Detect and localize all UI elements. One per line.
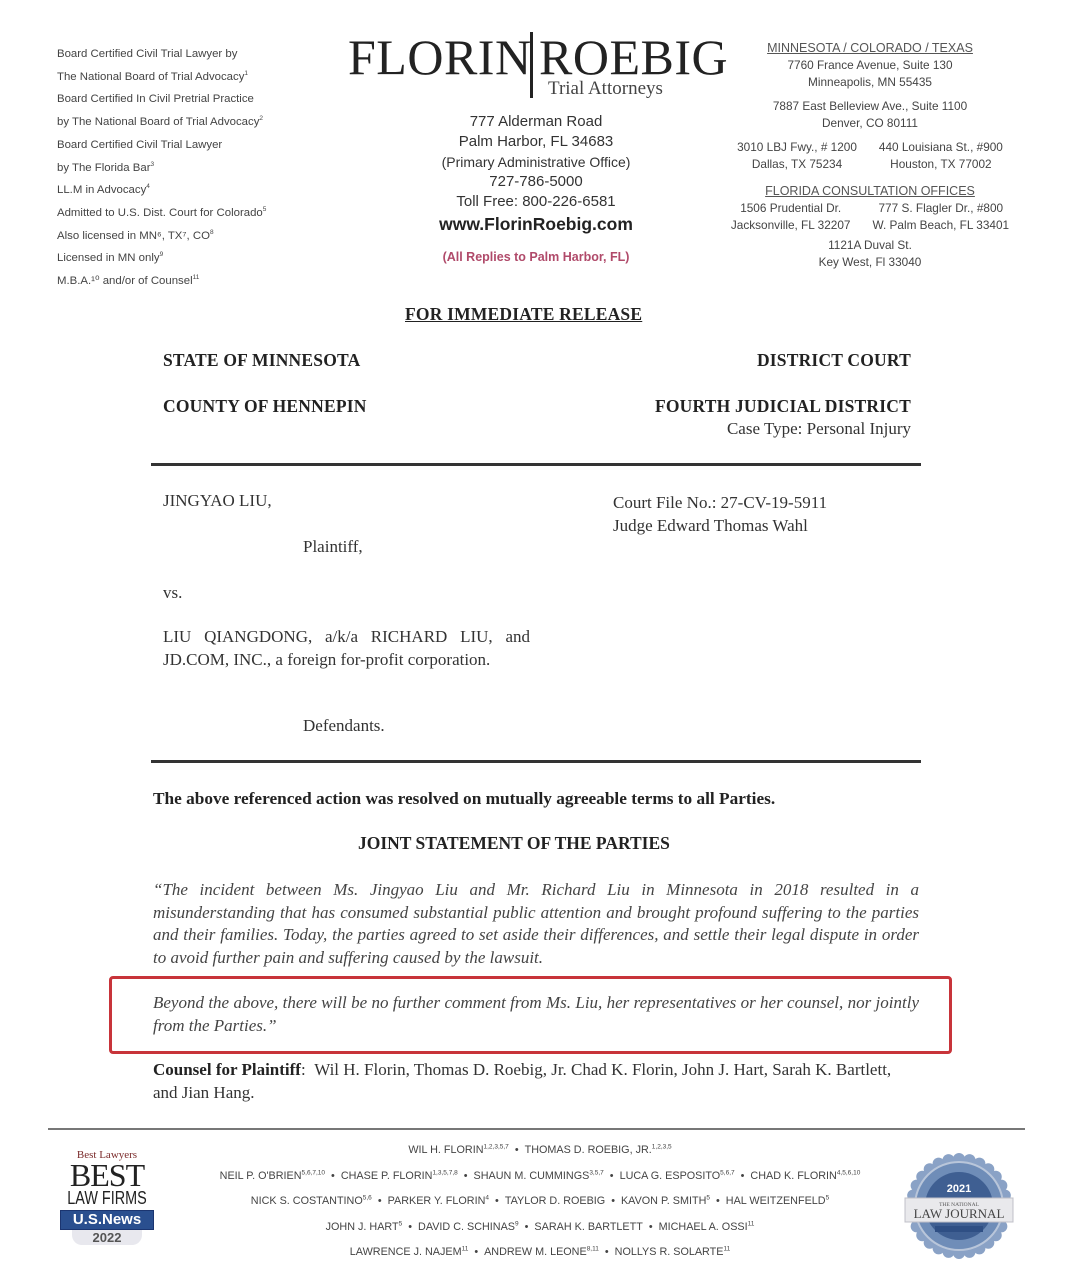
firm-website-link[interactable]: www.FlorinRoebig.com [405, 212, 667, 236]
separator-dot: • [525, 1221, 529, 1233]
separator-dot: • [464, 1170, 468, 1182]
attorney-name: ANDREW M. LEONE8,11 [484, 1246, 599, 1258]
attorney-name: NEIL P. O'BRIEN5,6,7,10 [220, 1170, 325, 1182]
logo-tagline: Trial Attorneys [548, 78, 663, 100]
credential-line: Board Certified In Civil Pretrial Practi… [57, 88, 347, 111]
houston-office: 440 Louisiana St., #900 Houston, TX 7700… [879, 139, 1003, 173]
judge-name: Judge Edward Thomas Wahl [613, 514, 827, 537]
separator-dot: • [378, 1195, 382, 1207]
main-office-phone: 727-786-5000 [405, 172, 667, 192]
attorney-name: PARKER Y. FLORIN4 [388, 1195, 489, 1207]
attorney-row: JOHN J. HART5•DAVID C. SCHINAS9•SARAH K.… [160, 1215, 920, 1241]
attorney-name: THOMAS D. ROEBIG, JR.1,2,3,5 [525, 1144, 672, 1156]
case-type: Case Type: Personal Injury [727, 419, 911, 439]
defendant-names: LIU QIANGDONG, a/k/a RICHARD LIU, and JD… [163, 625, 530, 671]
jacksonville-office: 1506 Prudential Dr. Jacksonville, FL 322… [731, 200, 851, 234]
logo-divider [530, 32, 533, 98]
attorney-name: CHAD K. FLORIN4,5,6,10 [750, 1170, 860, 1182]
badge-year: 2022 [72, 1230, 142, 1245]
attorney-name: HAL WEITZENFELD5 [726, 1195, 829, 1207]
release-heading: FOR IMMEDIATE RELEASE [405, 304, 642, 325]
separator-dot: • [649, 1221, 653, 1233]
attorney-row: WIL H. FLORIN1,2,3,5,7•THOMAS D. ROEBIG,… [160, 1138, 920, 1164]
caption-state: STATE OF MINNESOTA [163, 350, 360, 371]
separator-dot: • [474, 1246, 478, 1258]
florida-offices-heading: FLORIDA CONSULTATION OFFICES [700, 183, 1040, 200]
credential-line: by The Florida Bar3 [57, 157, 347, 180]
plaintiff-label: Plaintiff, [303, 537, 363, 557]
minneapolis-street: 7760 France Avenue, Suite 130 [700, 57, 1040, 74]
west-palm-street: 777 S. Flagler Dr., #800 [872, 200, 1009, 217]
badge-best: BEST [56, 1161, 158, 1189]
logo-florin: FLORIN [348, 28, 532, 86]
main-office-street: 777 Alderman Road [405, 112, 667, 132]
separator-dot: • [610, 1170, 614, 1182]
defendants-label: Defendants. [303, 716, 385, 736]
credential-line: Also licensed in MN⁶, TX⁷, CO8 [57, 225, 347, 248]
attorney-name: DAVID C. SCHINAS9 [418, 1221, 519, 1233]
attorney-name: KAVON P. SMITH5 [621, 1195, 710, 1207]
best-law-firms-badge: Best Lawyers BEST LAW FIRMS U.S.News 202… [56, 1149, 158, 1257]
separator-dot: • [515, 1144, 519, 1156]
west-palm-office: 777 S. Flagler Dr., #800 W. Palm Beach, … [872, 200, 1009, 234]
main-office-city: Palm Harbor, FL 34683 [405, 132, 667, 152]
credential-line: Board Certified Civil Trial Lawyer [57, 134, 347, 157]
attorney-name: JOHN J. HART5 [326, 1221, 403, 1233]
counsel-colon: : [301, 1060, 314, 1079]
plaintiff-name: JINGYAO LIU, [163, 491, 272, 511]
credential-line: M.B.A.¹⁰ and/or of Counsel11 [57, 270, 347, 293]
caption-divider-top [151, 463, 921, 466]
caption-divider-bottom [151, 760, 921, 763]
joint-statement-title: JOINT STATEMENT OF THE PARTIES [358, 833, 670, 854]
separator-dot: • [408, 1221, 412, 1233]
dallas-office: 3010 LBJ Fwy., # 1200 Dallas, TX 75234 [737, 139, 857, 173]
main-office-note: (Primary Administrative Office) [405, 152, 667, 172]
attorney-row: NEIL P. O'BRIEN5,6,7,10•CHASE P. FLORIN1… [160, 1164, 920, 1190]
credentials-list: Board Certified Civil Trial Lawyer byThe… [57, 43, 347, 293]
law-journal-seal: 2021 THE NATIONAL LAW JOURNAL [903, 1150, 1015, 1262]
counsel-for-plaintiff: Counsel for Plaintiff: Wil H. Florin, Th… [153, 1058, 919, 1104]
main-office-address: 777 Alderman Road Palm Harbor, FL 34683 … [405, 112, 667, 264]
key-west-street: 1121A Duval St. [700, 237, 1040, 254]
versus-label: vs. [163, 583, 182, 603]
attorney-name: SHAUN M. CUMMINGS3,5,7 [474, 1170, 604, 1182]
jacksonville-street: 1506 Prudential Dr. [731, 200, 851, 217]
attorney-name: LAWRENCE J. NAJEM11 [350, 1246, 469, 1258]
court-file-info: Court File No.: 27-CV-19-5911 Judge Edwa… [613, 491, 827, 537]
minneapolis-city: Minneapolis, MN 55435 [700, 74, 1040, 91]
attorney-name: LUCA G. ESPOSITO5,6,7 [620, 1170, 735, 1182]
separator-dot: • [716, 1195, 720, 1207]
credential-line: Board Certified Civil Trial Lawyer by [57, 43, 347, 66]
caption-district: FOURTH JUDICIAL DISTRICT [655, 396, 911, 417]
attorney-name: CHASE P. FLORIN1,3,5,7,8 [341, 1170, 458, 1182]
seal-icon: 2021 THE NATIONAL LAW JOURNAL [903, 1150, 1015, 1262]
attorney-name: NICK S. COSTANTINO5,6 [251, 1195, 372, 1207]
replies-note: (All Replies to Palm Harbor, FL) [405, 250, 667, 264]
houston-city: Houston, TX 77002 [879, 156, 1003, 173]
svg-text:2021: 2021 [947, 1183, 971, 1195]
dallas-street: 3010 LBJ Fwy., # 1200 [737, 139, 857, 156]
regional-offices: MINNESOTA / COLORADO / TEXAS 7760 France… [700, 40, 1040, 271]
attorney-row: NICK S. COSTANTINO5,6•PARKER Y. FLORIN4•… [160, 1189, 920, 1215]
west-palm-city: W. Palm Beach, FL 33401 [872, 217, 1009, 234]
badge-usnews: U.S.News [60, 1210, 154, 1230]
credential-line: by The National Board of Trial Advocacy2 [57, 111, 347, 134]
credential-line: The National Board of Trial Advocacy1 [57, 66, 347, 89]
attorney-row: LAWRENCE J. NAJEM11•ANDREW M. LEONE8,11•… [160, 1240, 920, 1266]
attorney-name: SARAH K. BARTLETT [534, 1221, 642, 1233]
denver-street: 7887 East Belleview Ave., Suite 1100 [700, 98, 1040, 115]
jacksonville-city: Jacksonville, FL 32207 [731, 217, 851, 234]
caption-court: DISTRICT COURT [757, 350, 911, 371]
counsel-label: Counsel for Plaintiff [153, 1060, 301, 1079]
separator-dot: • [611, 1195, 615, 1207]
caption-county: COUNTY OF HENNEPIN [163, 396, 367, 417]
firm-logo: FLORIN ROEBIG Trial Attorneys [348, 28, 738, 103]
regional-offices-heading: MINNESOTA / COLORADO / TEXAS [700, 40, 1040, 57]
no-further-comment-statement: Beyond the above, there will be no furth… [153, 991, 919, 1037]
attorney-name: MICHAEL A. OSSI11 [659, 1221, 755, 1233]
key-west-city: Key West, Fl 33040 [700, 254, 1040, 271]
attorney-name: NOLLYS R. SOLARTE11 [615, 1246, 731, 1258]
badge-law-firms: LAW FIRMS [66, 1189, 148, 1207]
footer-divider [48, 1128, 1025, 1130]
denver-city: Denver, CO 80111 [700, 115, 1040, 132]
svg-text:LAW JOURNAL: LAW JOURNAL [914, 1206, 1005, 1221]
separator-dot: • [331, 1170, 335, 1182]
credential-line: Licensed in MN only9 [57, 247, 347, 270]
court-file-number: Court File No.: 27-CV-19-5911 [613, 491, 827, 514]
attorney-roster: WIL H. FLORIN1,2,3,5,7•THOMAS D. ROEBIG,… [160, 1138, 920, 1266]
resolution-statement: The above referenced action was resolved… [153, 789, 775, 809]
credential-line: Admitted to U.S. Dist. Court for Colorad… [57, 202, 347, 225]
separator-dot: • [495, 1195, 499, 1207]
main-office-toll-free: Toll Free: 800-226-6581 [405, 192, 667, 212]
houston-street: 440 Louisiana St., #900 [879, 139, 1003, 156]
attorney-name: TAYLOR D. ROEBIG [505, 1195, 605, 1207]
joint-statement-paragraph: “The incident between Ms. Jingyao Liu an… [153, 879, 919, 969]
credential-line: LL.M in Advocacy4 [57, 179, 347, 202]
separator-dot: • [741, 1170, 745, 1182]
separator-dot: • [605, 1246, 609, 1258]
dallas-city: Dallas, TX 75234 [737, 156, 857, 173]
attorney-name: WIL H. FLORIN1,2,3,5,7 [408, 1144, 509, 1156]
